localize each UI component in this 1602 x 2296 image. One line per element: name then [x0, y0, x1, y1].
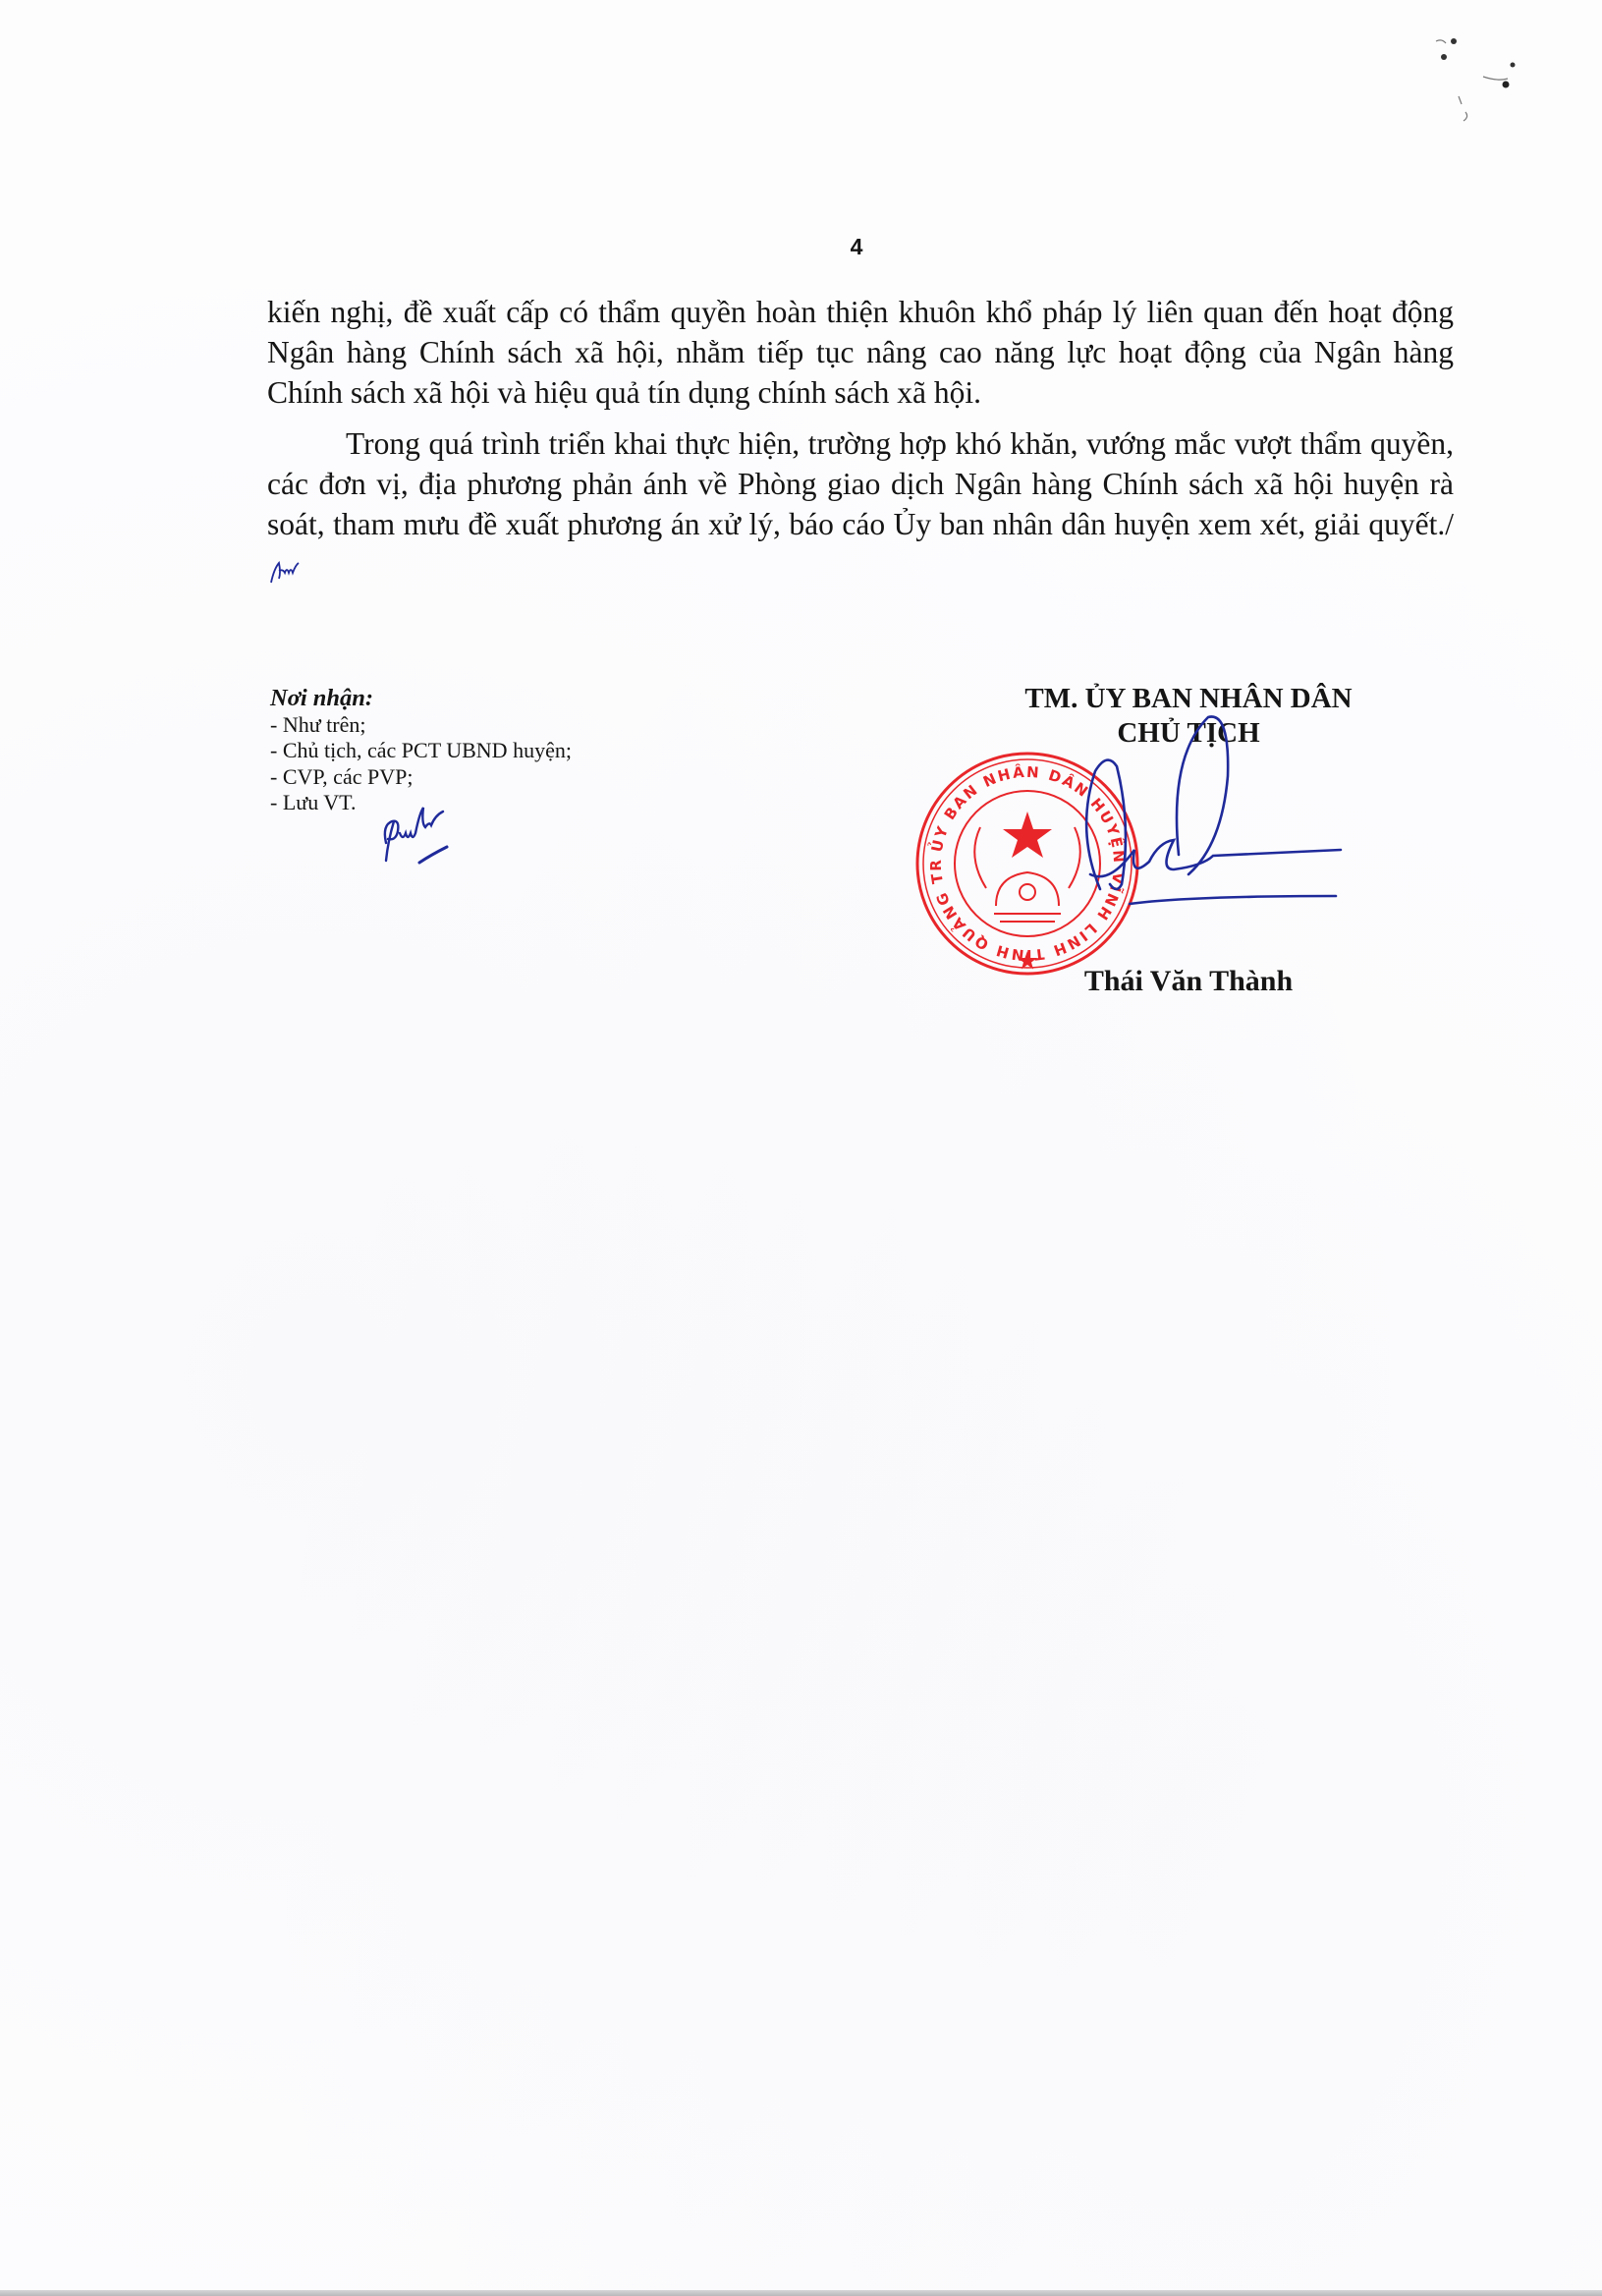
recipient-item: - CVP, các PVP;: [270, 764, 722, 790]
paragraph-continuation: kiến nghị, đề xuất cấp có thẩm quyền hoà…: [267, 292, 1454, 414]
clerk-initials-icon: [380, 804, 478, 868]
paragraph-closing-text: Trong quá trình triển khai thực hiện, tr…: [267, 426, 1454, 541]
recipient-item: - Chủ tịch, các PCT UBND huyện;: [270, 738, 722, 763]
recipient-item: - Lưu VT.: [270, 790, 722, 815]
page-bottom-edge: [0, 2290, 1602, 2296]
signer-name: Thái Văn Thành: [1012, 965, 1365, 998]
chairman-signature-icon: [1071, 707, 1365, 933]
recipients-heading: Nơi nhận:: [270, 684, 722, 712]
paragraph-closing: Trong quá trình triển khai thực hiện, tr…: [267, 423, 1454, 586]
recipient-item: - Như trên;: [270, 712, 722, 738]
document-body: kiến nghị, đề xuất cấp có thẩm quyền hoà…: [267, 292, 1454, 585]
scan-speck-marks: [1434, 28, 1552, 136]
handwritten-initials-icon: [267, 555, 316, 585]
recipients-list: Nơi nhận: - Như trên; - Chủ tịch, các PC…: [270, 684, 722, 816]
page-number: 4: [847, 234, 866, 260]
